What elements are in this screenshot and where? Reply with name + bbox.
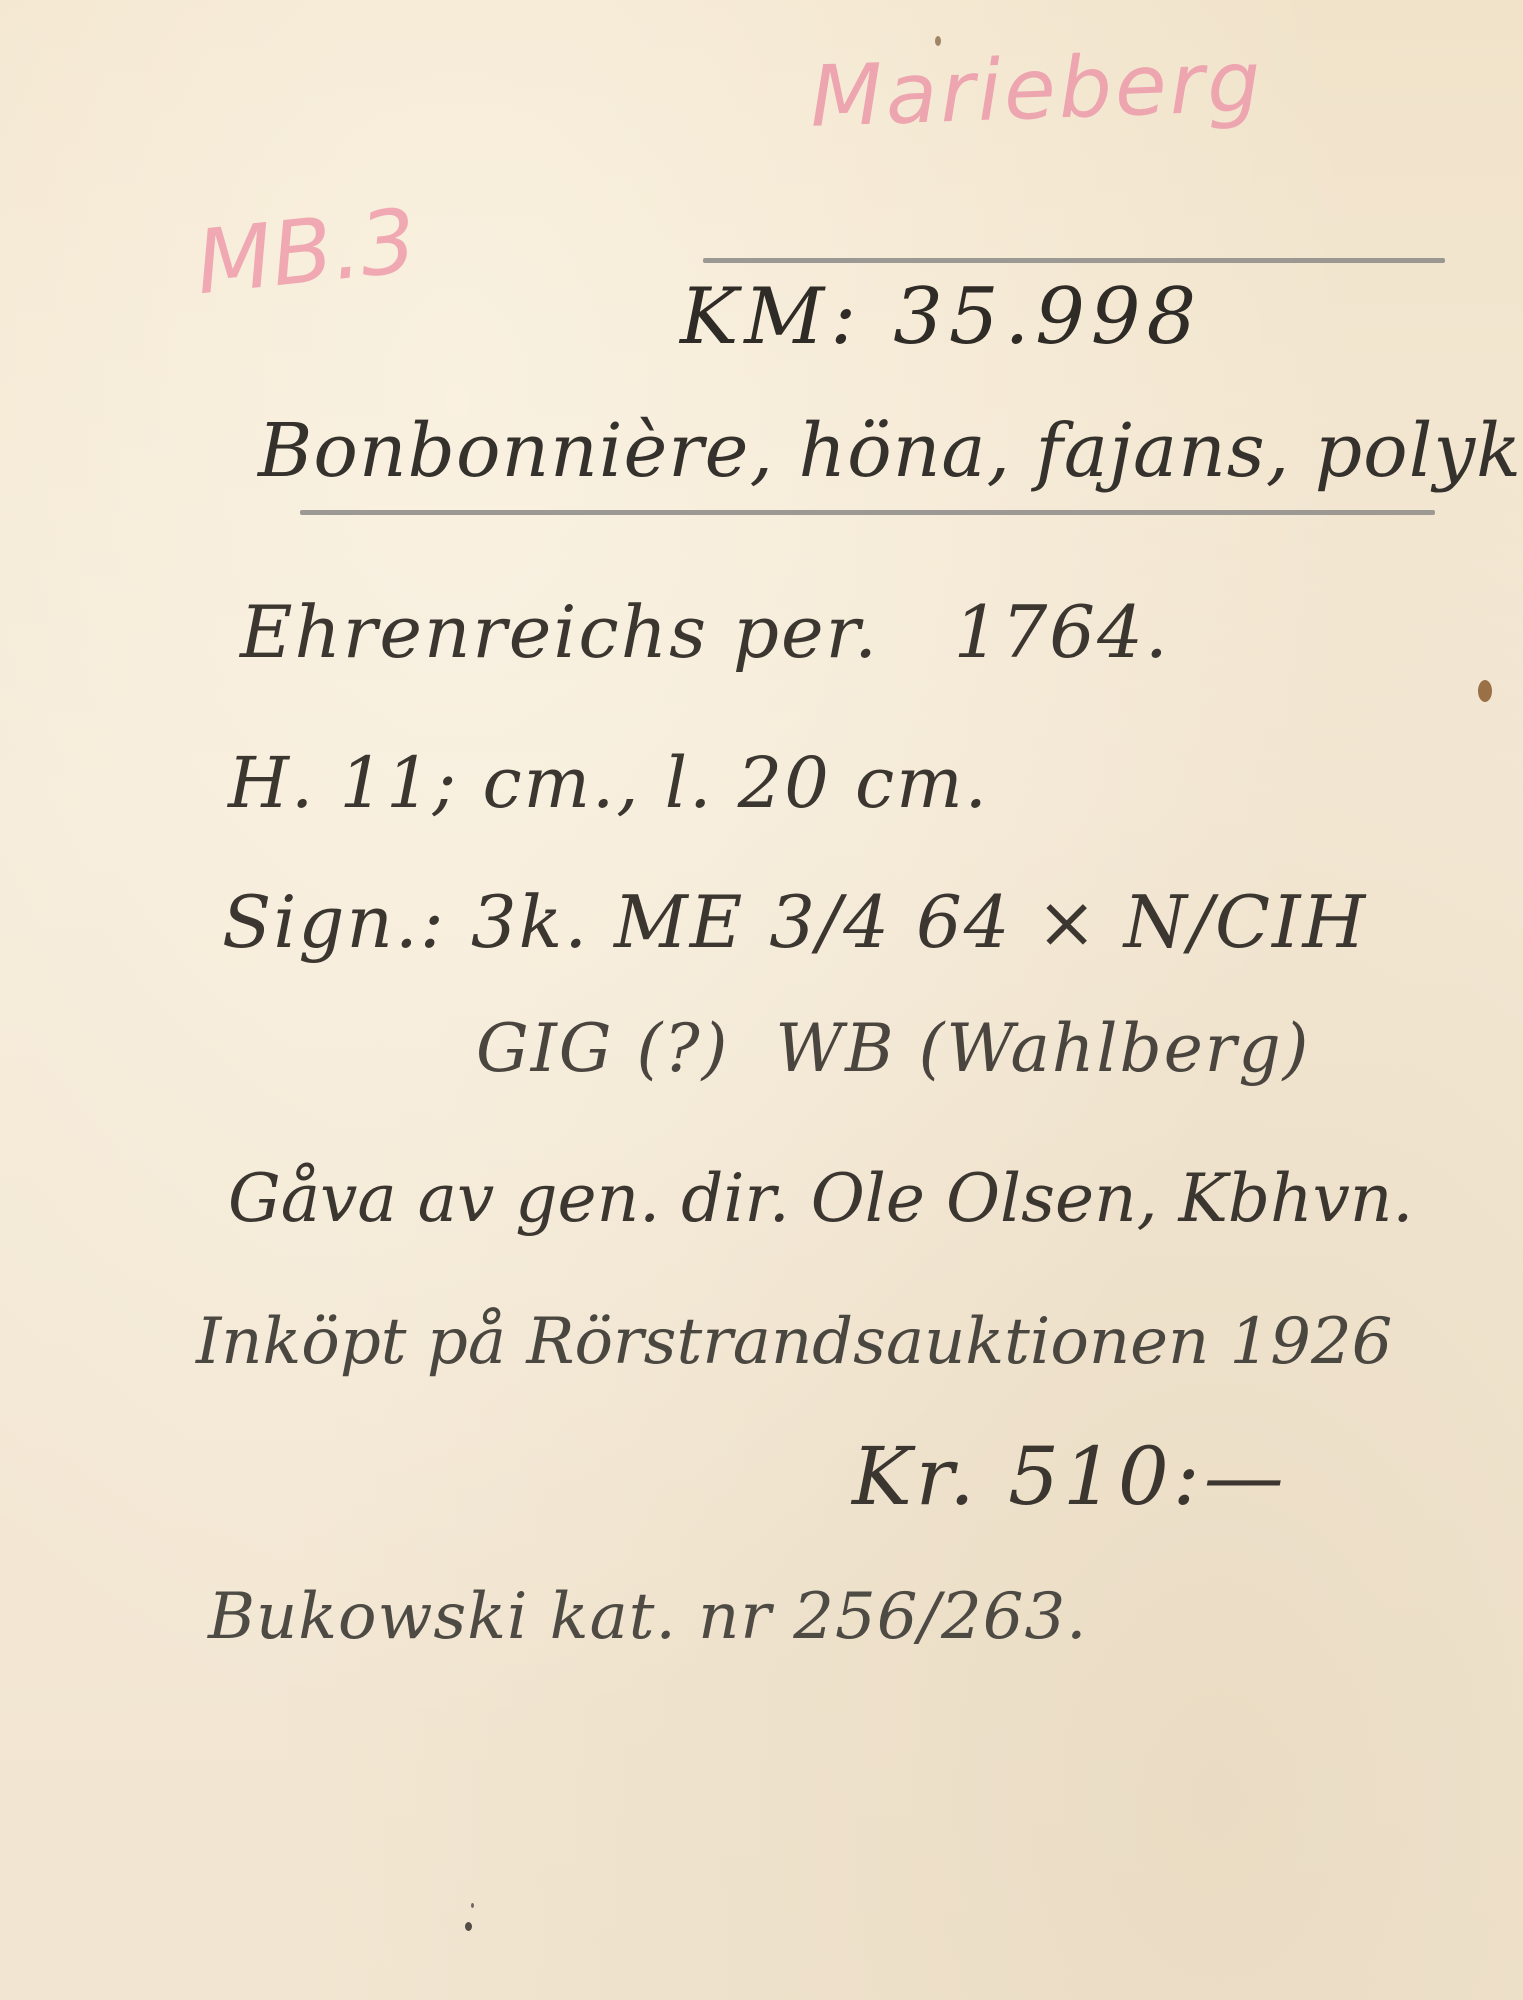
signature-line-1: Sign.: 3k. ME 3/4 64 × N/CIH <box>222 880 1367 964</box>
signature-line-2: GIG (?) WB (Wahlberg) <box>476 1010 1310 1087</box>
ink-spot-top <box>935 36 941 46</box>
ink-spot-right <box>1478 680 1492 702</box>
price: Kr. 510:— <box>852 1430 1288 1523</box>
title-underline <box>300 510 1435 515</box>
object-title: Bonbonnière, höna, fajans, polykrom. <box>258 408 1523 494</box>
location-note: Marieberg <box>808 32 1265 146</box>
inventory-number: KM: 35.998 <box>680 272 1202 362</box>
ink-spot-bottom-small <box>471 1903 474 1908</box>
catalog-card: Marieberg MB.3 KM: 35.998 Bonbonnière, h… <box>0 0 1523 2000</box>
collection-code: MB.3 <box>191 189 421 314</box>
catalog-reference: Bukowski kat. nr 256/263. <box>208 1580 1088 1654</box>
top-rule-line <box>703 258 1445 263</box>
provenance: Gåva av gen. dir. Ole Olsen, Kbhvn. <box>228 1160 1413 1237</box>
acquisition: Inköpt på Rörstrandsauktionen 1926 <box>196 1305 1392 1379</box>
period-date: Ehrenreichs per. 1764. <box>240 590 1170 674</box>
dimensions: H. 11; cm., l. 20 cm. <box>228 742 989 824</box>
ink-spot-bottom <box>465 1922 472 1931</box>
